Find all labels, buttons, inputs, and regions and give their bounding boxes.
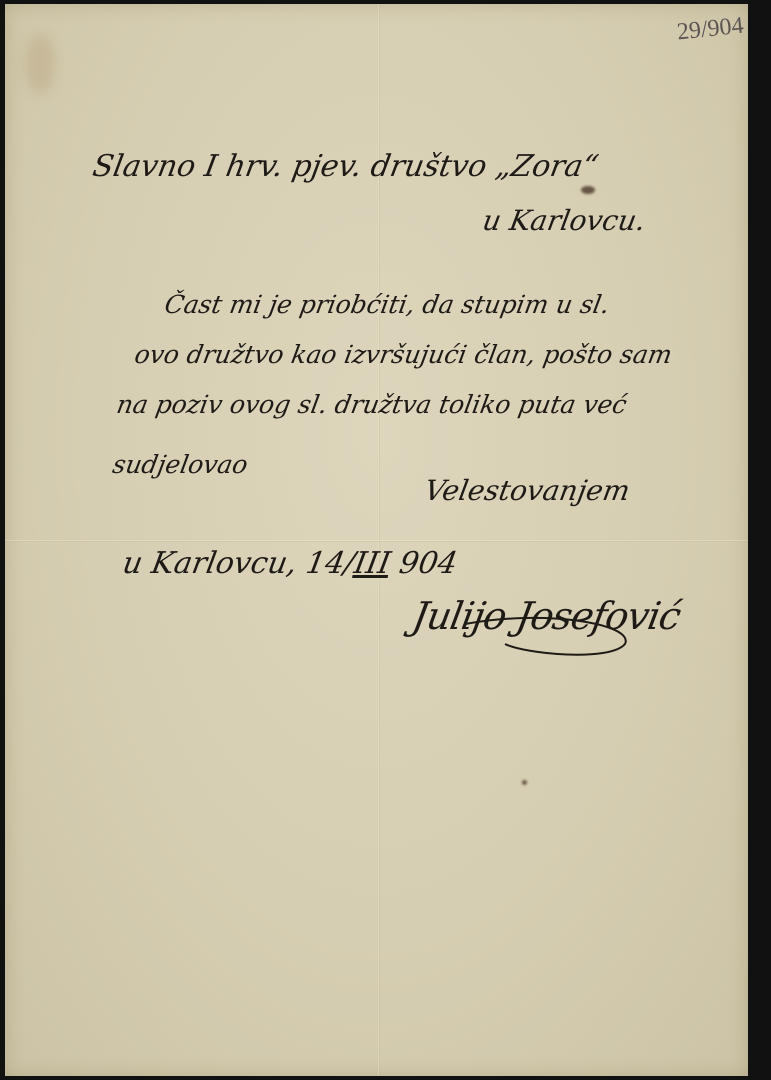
ink-dot [522, 780, 527, 785]
horizontal-fold-line [5, 540, 748, 542]
date-year: 904 [397, 546, 460, 581]
place-date: u Karlovcu, 14/III 904 [120, 546, 460, 581]
archive-number: 29/904 [676, 13, 745, 47]
signature-flourish [405, 604, 665, 674]
addressee-line-1: Slavno I hrv. pjev. društvo „Zora“ [90, 149, 601, 184]
body-line-2: ovo družtvo kao izvršujući član, pošto s… [132, 340, 674, 369]
addressee-line-2: u Karlovcu. [480, 204, 648, 237]
paper-stain [25, 34, 55, 94]
ink-blot [581, 186, 595, 194]
date-month: III [352, 546, 394, 581]
body-line-3: na poziv ovog sl. družtva toliko puta ve… [114, 390, 629, 419]
letter-page: 29/904 Slavno I hrv. pjev. društvo „Zora… [5, 4, 748, 1076]
date-day: 14 [303, 546, 347, 581]
body-line-4: sudjelovao [110, 450, 250, 479]
place: u Karlovcu, [120, 546, 300, 581]
body-line-1: Čast mi je priobćiti, da stupim u sl. [162, 290, 611, 319]
closing: Velestovanjem [422, 474, 632, 507]
